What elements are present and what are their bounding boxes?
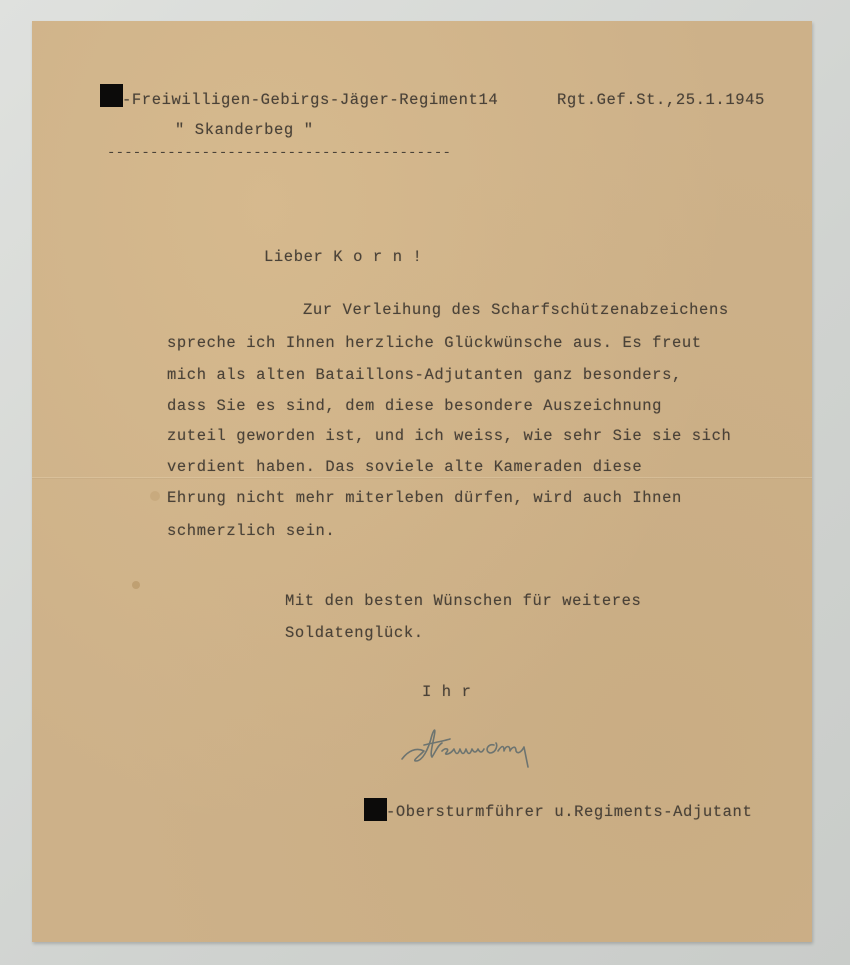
- fold-line: [32, 477, 812, 479]
- body-line: dass Sie es sind, dem diese besondere Au…: [167, 397, 662, 415]
- body-line: verdient haben. Das soviele alte Kamerad…: [167, 458, 642, 476]
- redaction-block-header: [100, 84, 123, 107]
- valediction: I h r: [422, 683, 472, 701]
- closing-line: Soldatenglück.: [285, 624, 424, 642]
- place-date: Rgt.Gef.St.,25.1.1945: [557, 91, 765, 109]
- paper-stain: [150, 491, 160, 501]
- header-underline: ----------------------------------------: [107, 145, 451, 161]
- paper-stain: [132, 581, 140, 589]
- body-line: schmerzlich sein.: [167, 522, 335, 540]
- unit-nickname: " Skanderbeg ": [175, 121, 314, 139]
- signer-title: -Obersturmführer u.Regiments-Adjutant: [386, 803, 752, 821]
- body-line: Zur Verleihung des Scharfschützenabzeich…: [303, 301, 729, 319]
- body-line: zuteil geworden ist, und ich weiss, wie …: [167, 427, 731, 445]
- unit-name: -Freiwilligen-Gebirgs-Jäger-Regiment14: [122, 91, 498, 109]
- closing-line: Mit den besten Wünschen für weiteres: [285, 592, 641, 610]
- body-line: Ehrung nicht mehr miterleben dürfen, wir…: [167, 489, 682, 507]
- body-line: spreche ich Ihnen herzliche Glückwünsche…: [167, 334, 702, 352]
- salutation: Lieber K o r n !: [264, 248, 422, 266]
- body-line: mich als alten Bataillons-Adjutanten gan…: [167, 366, 682, 384]
- handwritten-signature-icon: [398, 721, 548, 771]
- letter-page: -Freiwilligen-Gebirgs-Jäger-Regiment14 R…: [32, 21, 812, 942]
- redaction-block-signer: [364, 798, 387, 821]
